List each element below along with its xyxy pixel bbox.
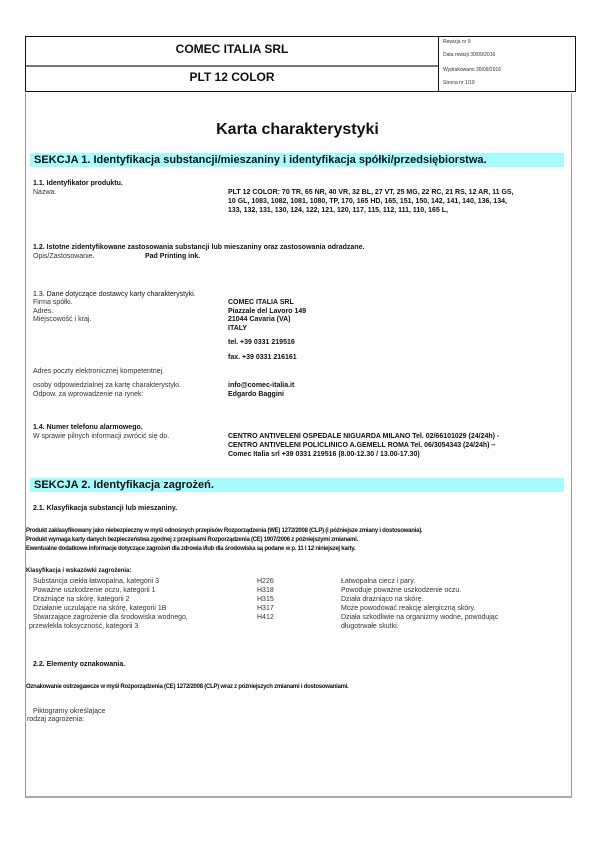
s13-title: 1.3. Dane dotyczące dostawcy karty chara… <box>33 291 196 298</box>
s21-text: Produkt zaklasyfikowany jako niebezpiecz… <box>26 527 422 554</box>
hazards-title: Klasyfikacja i wskazówki zagrożenia: <box>26 568 131 574</box>
hazard-statements: Łatwopalna ciecz i pary. Powoduje poważn… <box>341 577 498 631</box>
fax: fax. +39 0331 216161 <box>228 354 297 361</box>
s12-label: Opis/Zastosowanie. <box>33 253 94 260</box>
printed-date: Wydrukowano 30/09/2016 <box>443 67 501 73</box>
company-name: COMEC ITALIA SRL <box>26 42 438 56</box>
hazard-classes: Substancja ciekła łatwopalna, kategorii … <box>33 577 188 631</box>
s21-title: 2.1. Klasyfikacja substancji lub mieszan… <box>33 505 177 512</box>
s11-title: 1.1. Identyfikator produktu. <box>33 180 123 187</box>
s22-text: Oznakowanie ostrzegawcze w myśl Rozporzą… <box>26 684 349 690</box>
product-name: PLT 12 COLOR <box>26 70 438 84</box>
tel: tel. +39 0331 219516 <box>228 339 295 346</box>
s14-title: 1.4. Numer telefonu alarmowego. <box>33 424 143 431</box>
section-1-heading: SEKCJA 1. Identyfikacja substancji/miesz… <box>30 153 564 167</box>
s11-label: Nazwa. <box>33 189 56 196</box>
s22-title: 2.2. Elementy oznakowania. <box>33 661 125 668</box>
s14-value: CENTRO ANTIVELENI OSPEDALE NIGUARDA MILA… <box>228 432 499 459</box>
page-number: Strona nr 1/19 <box>443 80 475 86</box>
s12-title: 1.2. Istotne zidentyfikowane zastosowani… <box>33 244 364 251</box>
hazard-codes: H226 H318 H315 H317 H412 <box>257 577 274 622</box>
revision: Rewizja nr 9 <box>443 39 471 45</box>
page-title: Karta charakterystyki <box>0 121 595 139</box>
s12-value: Pad Printing ink. <box>145 253 200 260</box>
section-2-heading: SEKCJA 2. Identyfikacja zagrożeń. <box>30 478 564 492</box>
email-link[interactable]: info@comec-italia.it <box>228 382 294 389</box>
s11-value: PLT 12 COLOR: 70 TR, 65 NR, 40 VR, 32 BL… <box>228 188 514 215</box>
document-header: COMEC ITALIA SRL PLT 12 COLOR Rewizja nr… <box>25 36 576 92</box>
revision-date: Data rewizji 30/09/2016 <box>443 52 495 58</box>
